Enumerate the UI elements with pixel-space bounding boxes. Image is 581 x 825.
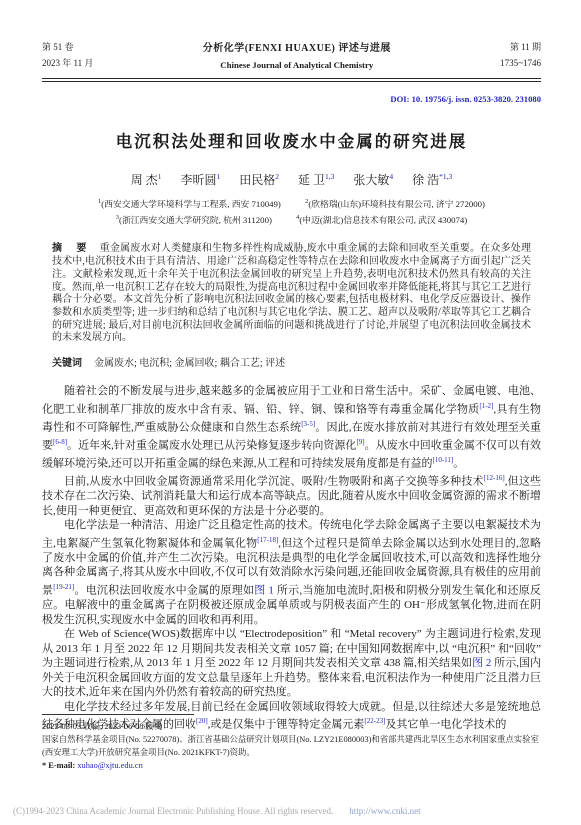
email-link[interactable]: xuhao@xjtu.edu.cn (77, 761, 142, 770)
volume-label: 第 51 卷 (42, 40, 93, 56)
author: 延 卫1,3 (298, 173, 334, 187)
author-affil-sup: 1,3 (325, 172, 334, 181)
header-volume-date: 第 51 卷 2023 年 11 月 (42, 40, 93, 72)
author: 徐 浩*1,3 (412, 173, 452, 187)
body-paragraph: 电化学法是一种清洁、用途广泛且稳定性高的技术。传统电化学去除金属离子主要以电絮凝… (42, 518, 541, 627)
date-label: 2023 年 11 月 (42, 56, 93, 72)
affil-text: (浙江西安交通大学研究院, 杭州 311200) (119, 215, 272, 225)
citation-ref: [6-8] (53, 438, 67, 446)
keywords: 关键词金属废水; 电沉积; 金属回收; 耦合工艺; 评述 (42, 354, 541, 369)
body-paragraph: 目前,从废水中回收金属资源通常采用化学沉淀、吸附/生物吸附和离子交换等多种技术[… (42, 471, 541, 518)
figure-ref[interactable]: 图 1 (254, 585, 274, 597)
affil-text: (申迈(湖北)信息技术有限公司, 武汉 430074) (299, 215, 467, 225)
email-label: * E-mail: (42, 761, 77, 770)
journal-header: 第 51 卷 2023 年 11 月 分析化学(FENXI HUAXUE) 评述… (42, 40, 541, 73)
author-name: 徐 浩 (412, 173, 439, 187)
cnki-url[interactable]: http://www.cnki.net (349, 806, 420, 816)
author: 李昕圆1 (180, 173, 220, 187)
author-affil-sup: *1,3 (439, 172, 452, 181)
author-affil-sup: 1 (158, 172, 162, 181)
author-name: 张大敏 (353, 173, 389, 187)
abstract: 摘 要重金属废水对人类健康和生物多样性构成威胁,废水中重金属的去除和回收至关重要… (42, 243, 541, 345)
corresponding-email-line: * E-mail: xuhao@xjtu.edu.cn (42, 759, 541, 772)
affiliation: 2(欣格瑞(山东)环境科技有限公司, 济宁 272000) (305, 199, 485, 209)
footnote-divider (42, 714, 194, 715)
author: 田民格2 (239, 173, 279, 187)
funding-statement: 国家自然科学基金项目(No. 52270078)、浙江省基础公益研究计划项目(N… (42, 733, 541, 759)
footnote-block: 2023-03-03 收稿; 2023-06-08 接受 国家自然科学基金项目(… (42, 714, 541, 772)
affiliation: 3(浙江西安交通大学研究院, 杭州 311200) (116, 215, 272, 225)
author: 张大敏4 (353, 173, 393, 187)
citation-ref: [10-11] (433, 456, 454, 464)
citation-ref: [19-21] (53, 583, 74, 591)
header-issue-pages: 第 11 期 1735~1746 (500, 40, 541, 72)
received-accepted-dates: 2023-03-03 收稿; 2023-06-08 接受 (42, 720, 541, 733)
author-name: 田民格 (239, 173, 275, 187)
abstract-text: 重金属废水对人类健康和生物多样性构成威胁,废水中重金属的去除和回收至关重要。在众… (52, 243, 531, 343)
affiliation: 1(西安交通大学环境科学与工程系, 西安 710049) (98, 199, 281, 209)
body-paragraph: 在 Web of Science(WOS)数据库中以 “Electrodepos… (42, 627, 541, 700)
doi: DOI: 10. 19756/j. issn. 0253-3820. 23108… (42, 94, 541, 104)
keywords-label: 关键词 (52, 358, 82, 369)
author-affil-sup: 2 (275, 172, 279, 181)
header-divider (42, 78, 541, 82)
keywords-text: 金属废水; 电沉积; 金属回收; 耦合工艺; 评述 (94, 358, 285, 369)
abstract-label: 摘 要 (52, 243, 89, 254)
cnki-footer: (C)1994-2023 China Academic Journal Elec… (13, 806, 568, 816)
citation-ref: [9] (356, 438, 364, 446)
figure-ref[interactable]: 图 2 (472, 657, 491, 669)
author: 周 杰1 (131, 173, 162, 187)
journal-page: 第 51 卷 2023 年 11 月 分析化学(FENXI HUAXUE) 评述… (0, 0, 581, 825)
author-affil-sup: 1 (216, 172, 220, 181)
page-range: 1735~1746 (500, 56, 541, 72)
body-paragraphs: 随着社会的不断发展与进步,越来越多的金属被应用于工业和日常生活中。采矿、金属电镀… (42, 384, 541, 732)
affil-text: (西安交通大学环境科学与工程系, 西安 710049) (101, 199, 281, 209)
article-title: 电沉积法处理和回收废水中金属的研究进展 (42, 128, 541, 152)
citation-ref: [17-18] (257, 536, 278, 544)
author-affil-sup: 4 (389, 172, 393, 181)
affiliation-line: 3(浙江西安交通大学研究院, 杭州 311200) 4(申迈(湖北)信息技术有限… (42, 212, 541, 228)
page-content: 第 51 卷 2023 年 11 月 分析化学(FENXI HUAXUE) 评述… (0, 0, 581, 732)
citation-ref: [3-5] (301, 420, 315, 428)
body-paragraph: 随着社会的不断发展与进步,越来越多的金属被应用于工业和日常生活中。采矿、金属电镀… (42, 384, 541, 471)
copyright-text: (C)1994-2023 China Academic Journal Elec… (13, 806, 333, 816)
author-name: 延 卫 (298, 173, 325, 187)
affiliation-line: 1(西安交通大学环境科学与工程系, 西安 710049) 2(欣格瑞(山东)环境… (42, 196, 541, 212)
journal-name-en: Chinese Journal of Analytical Chemistry (203, 58, 391, 73)
journal-name: 分析化学(FENXI HUAXUE) 评述与进展 Chinese Journal… (203, 40, 391, 73)
affiliation-list: 1(西安交通大学环境科学与工程系, 西安 710049) 2(欣格瑞(山东)环境… (42, 196, 541, 229)
affil-text: (欣格瑞(山东)环境科技有限公司, 济宁 272000) (308, 199, 485, 209)
citation-ref: [12-16] (484, 474, 505, 482)
issue-label: 第 11 期 (500, 40, 541, 56)
author-name: 李昕圆 (180, 173, 216, 187)
author-list: 周 杰1 李昕圆1 田民格2 延 卫1,3 张大敏4 徐 浩*1,3 (42, 171, 541, 188)
affiliation: 4(申迈(湖北)信息技术有限公司, 武汉 430074) (296, 215, 467, 225)
journal-name-cn: 分析化学(FENXI HUAXUE) 评述与进展 (203, 40, 391, 58)
citation-ref: [1-2] (479, 402, 493, 410)
author-name: 周 杰 (131, 173, 158, 187)
